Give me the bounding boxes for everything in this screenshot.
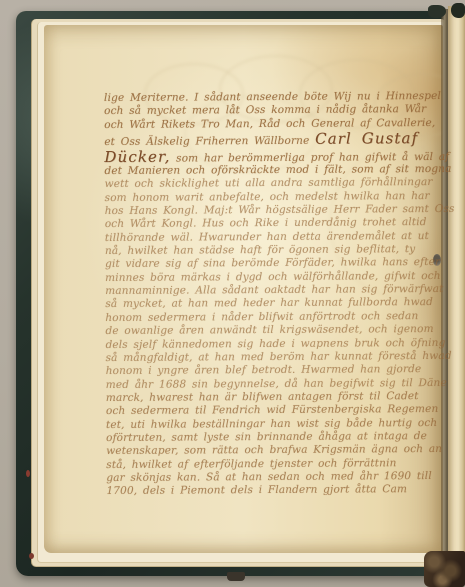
manuscript-line-text: och så mycket mera låt Oss komma i nådig… — [104, 103, 426, 117]
manuscript-line-text: och Wårt Kongl. Hus och Rike i underdåni… — [105, 216, 427, 230]
manuscript-text: lige Meriterne. I sådant anseende böte W… — [104, 90, 424, 499]
manuscript-line-text: som har berömmerliga prof han gifwit å w… — [170, 150, 449, 164]
manuscript-line-text: det Manieren och oförskräckte mod i fält… — [104, 163, 451, 177]
cover-top-corner — [451, 3, 465, 18]
manuscript-line-text: 1700, dels i Piemont dels i Flandern gjo… — [106, 483, 407, 497]
marbled-speck — [26, 470, 30, 477]
manuscript-line-text: och sedermera til Fendrich wid Fürstenbe… — [106, 403, 438, 417]
manuscript-line-text: dels sjelf kännedomen sig hade i wapnens… — [106, 336, 446, 350]
manuscript-line-text: marck, hwarest han är blifwen antagen fö… — [106, 390, 419, 404]
manuscript-line-text: som honom warit anbefalte, och medelst h… — [105, 190, 430, 204]
cover-top-corner — [428, 5, 446, 18]
manuscript-line-text: stå, hwilket af efterföljande tjenster o… — [106, 457, 396, 471]
manuscript-line: 1700, dels i Piemont dels i Flandern gjo… — [106, 483, 424, 498]
manuscript-line-text: gar skönjas kan. Så at han sedan och med… — [106, 470, 432, 484]
manuscript-line-text: hos Hans Kongl. Maj:t Wår högstsälige He… — [105, 203, 455, 217]
manuscript-line-text: minnes böra märkas i dygd och wälförhåll… — [105, 270, 441, 284]
facing-page-edge — [448, 6, 465, 568]
emphasized-name: Carl Gustaf — [315, 129, 418, 148]
manuscript-line-text: et Oss Älskelig Friherren Wällborne — [104, 135, 315, 148]
manuscript-line-text: tet, uti hwilka beställningar han wist s… — [106, 417, 437, 431]
emphasized-name: Dücker, — [104, 147, 170, 165]
marbled-speck — [29, 553, 34, 559]
manuscript-line: et Oss Älskelig Friherren Wällborne Carl… — [104, 130, 422, 148]
manuscript-line-text: git vidare sig af sina berömde Förfäder,… — [105, 256, 440, 270]
manuscript-line-text: med åhr 1688 sin begynnelse, då han begi… — [106, 376, 447, 390]
manuscript-line-text: de owanlige åren anwändt til krigswäsend… — [105, 323, 433, 337]
manuscript-line-text: honom sedermera i nåder blifwit anförtro… — [105, 310, 418, 324]
manuscript-line-text: wett och skicklighet uti alla andra samt… — [105, 176, 433, 190]
manuscript-line-text: nå, hwilket han städse haft för ögonen s… — [105, 243, 415, 257]
manuscript-line-text: honom i yngre åren blef betrodt. Hwarmed… — [106, 363, 422, 377]
adjacent-cover-corner — [424, 551, 465, 587]
manuscript-line-text: lige Meriterne. I sådant anseende böte W… — [104, 90, 441, 104]
manuscript-line: Dücker, som har berömmerliga prof han gi… — [104, 147, 422, 165]
manuscript-line-text: så mångfaldigt, at han med beröm har kun… — [106, 350, 452, 364]
manuscript-line-text: tillhörande wäl. Hwarunder han detta äre… — [105, 230, 429, 244]
manuscript-line-text: mannaminnige. Alla sådant oaktadt har ha… — [105, 283, 443, 297]
manuscript-line-text: wetenskaper, som rätta och brafwa Krigsm… — [106, 443, 442, 457]
manuscript-line-text: så mycket, at han med heder har kunnat f… — [105, 296, 433, 310]
manuscript-photo: lige Meriterne. I sådant anseende böte W… — [0, 0, 465, 587]
cover-bottom-clasp — [227, 572, 245, 581]
manuscript-line-text: oförtruten, samt lyste sin brinnande åhå… — [106, 430, 427, 444]
